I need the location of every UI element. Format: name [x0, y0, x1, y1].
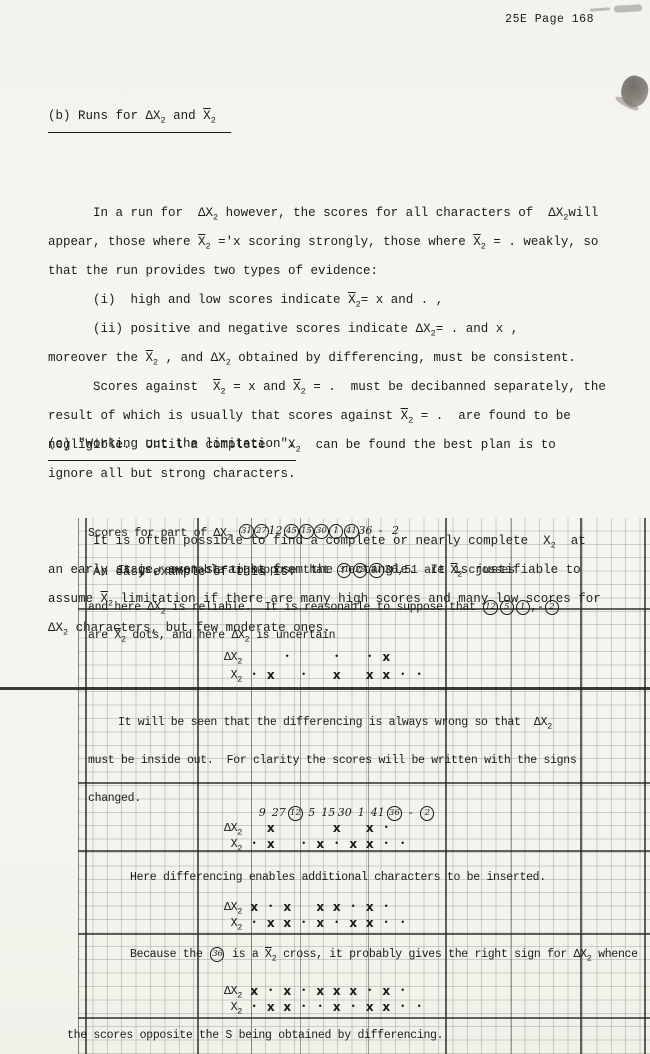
score-value: 27 — [253, 523, 268, 539]
dot-mark: • — [246, 668, 263, 683]
circled-score: 2 — [420, 806, 434, 821]
cross-mark: x — [362, 1000, 379, 1015]
score-value: 45 — [283, 523, 298, 539]
score-value: 36 — [358, 523, 373, 538]
pattern-row-label: ΔΧ2 — [198, 900, 242, 915]
score-value: 41 — [343, 523, 358, 539]
dot-mark: • — [296, 1000, 313, 1015]
chi-symbol: ΔΧ2 — [147, 601, 165, 614]
score-value: 31 — [238, 523, 253, 539]
chi-symbol: Χ2 — [146, 351, 159, 365]
dot-mark: • — [296, 837, 313, 852]
chi-symbol: ΔΧ2 — [416, 322, 436, 336]
chi-symbol: Χ2 — [114, 629, 125, 642]
score-value: 2 — [388, 523, 403, 538]
pattern-row: ΔΧ2x•xxx•x• — [0, 900, 650, 916]
circled-score: 27 — [254, 524, 269, 539]
score-value: - — [403, 805, 420, 820]
pattern-row: Χ2•x•xxx•• — [0, 668, 650, 684]
chi-symbol: Χ2 — [231, 669, 242, 682]
circled-score: 1 — [516, 600, 530, 615]
section-c-heading: (c) "Working out the limitation". — [48, 430, 601, 461]
cross-mark: x — [329, 668, 346, 683]
scan-smudge — [614, 4, 642, 12]
dot-mark: • — [395, 1000, 412, 1015]
cross-mark: x — [362, 668, 379, 683]
cross-mark: x — [279, 1000, 296, 1015]
pattern-cells: x•xxx•x• — [246, 900, 428, 915]
score-value: 12 — [287, 805, 304, 821]
cross-mark: x — [279, 916, 296, 931]
chi-symbol: Χ2 — [451, 564, 462, 577]
cross-mark: x — [263, 668, 280, 683]
dot-mark: • — [378, 900, 395, 915]
score-value: 27 — [271, 805, 288, 820]
pattern-row-label: ΔΧ2 — [198, 984, 242, 999]
dot-mark: • — [411, 1000, 428, 1015]
dot-mark: • — [263, 900, 280, 915]
worksheet-text-line: must be inside out. For clarity the scor… — [88, 754, 576, 768]
pattern-row-label: Χ2 — [198, 837, 242, 852]
pattern-row: Χ2•xx••x•xx•• — [0, 1000, 650, 1016]
dot-mark: • — [362, 984, 379, 999]
circled-score: 36 — [210, 947, 224, 962]
chi-symbol: Χ2 — [231, 838, 242, 851]
body-line: (ii) positive and negative scores indica… — [48, 315, 606, 344]
circled-score: 15 — [299, 524, 314, 539]
worksheet-text-line: It is reasonable to suppose that 3128413… — [118, 563, 515, 578]
ink-smudge — [616, 72, 650, 111]
grid-rule-vertical — [644, 518, 646, 1054]
cross-mark: x — [263, 821, 280, 836]
score-value: - — [373, 523, 388, 538]
dot-mark: • — [378, 821, 395, 836]
chi-symbol: ΔΧ2 — [224, 651, 242, 664]
dot-mark: • — [395, 668, 412, 683]
score-value: 12 — [268, 523, 283, 538]
pattern-row-label: Χ2 — [198, 668, 242, 683]
section-b-heading: (b) Runs for ΔΧ2 and Χ2 — [48, 102, 606, 133]
circled-score: 41 — [344, 524, 359, 539]
circled-score: 31 — [337, 563, 351, 578]
chi-symbol: ΔΧ2 — [211, 351, 231, 365]
graph-paper — [78, 518, 650, 1054]
dot-mark: • — [329, 916, 346, 931]
dot-mark: • — [312, 1000, 329, 1015]
grid-rule-vertical — [251, 518, 252, 1054]
grid-rule-vertical — [85, 518, 87, 1054]
grid-rule-vertical — [300, 518, 301, 1054]
dot-mark: • — [395, 916, 412, 931]
score-value: 15 — [298, 523, 313, 539]
circled-score: 2 — [545, 600, 559, 615]
chi-symbol: ΔΧ2 — [146, 109, 166, 123]
circled-score: 5 — [500, 600, 514, 615]
cross-mark: x — [279, 984, 296, 999]
dot-mark: • — [345, 900, 362, 915]
scanned-document-page: 25E Page 168 (b) Runs for ΔΧ2 and Χ2 In … — [0, 0, 650, 1054]
chi-symbol: ΔΧ2 — [548, 206, 568, 220]
circled-score: 41 — [369, 563, 383, 578]
grid-rule-horizontal-heavy — [0, 687, 650, 690]
cross-mark: x — [246, 984, 263, 999]
score-value: 15 — [320, 805, 337, 820]
pattern-cells: xxx• — [246, 821, 428, 836]
chi-symbol: ΔΧ2 — [213, 527, 231, 540]
circled-score: 45 — [284, 524, 299, 539]
cross-mark: x — [362, 837, 379, 852]
cross-mark: x — [378, 650, 395, 665]
worksheet-text-line: Because the 36 is a Χ2 cross, it probabl… — [130, 947, 638, 962]
cross-mark: x — [246, 900, 263, 915]
cross-mark: x — [312, 837, 329, 852]
chi-symbol: Χ2 — [348, 293, 361, 307]
dot-mark: • — [296, 916, 313, 931]
cross-mark: x — [362, 821, 379, 836]
pattern-cells: •xx•x•xx•• — [246, 916, 428, 931]
cross-mark: x — [378, 1000, 395, 1015]
dot-mark: • — [362, 650, 379, 665]
grid-rule-vertical — [197, 518, 199, 1054]
worksheet-text-line: the scores opposite the S being obtained… — [67, 1029, 443, 1043]
chi-symbol: Χ2 — [198, 235, 211, 249]
page-header: 25E Page 168 — [505, 13, 594, 26]
score-row: 31271245153014136-2 — [238, 523, 403, 539]
grid-rule-vertical — [580, 518, 582, 1054]
dot-mark: • — [279, 650, 296, 665]
pattern-row: ΔΧ2xxx• — [0, 821, 650, 837]
body-line: that the run provides two types of evide… — [48, 257, 606, 286]
pattern-row-label: ΔΧ2 — [198, 821, 242, 836]
cross-mark: x — [312, 984, 329, 999]
dot-mark: • — [378, 916, 395, 931]
worksheet-text-line: It will be seen that the differencing is… — [118, 716, 552, 730]
pattern-row-label: Χ2 — [198, 1000, 242, 1015]
chi-symbol: Χ2 — [231, 1001, 242, 1014]
worksheet-text-line: and here ΔΧ2 is reliable. It is reasonab… — [88, 600, 560, 615]
score-value: 1 — [353, 805, 370, 820]
score-value: 2 — [419, 805, 436, 821]
chi-symbol: ΔΧ2 — [534, 716, 552, 729]
cross-mark: x — [345, 837, 362, 852]
chi-symbol: ΔΧ2 — [198, 206, 218, 220]
dot-mark: • — [246, 916, 263, 931]
ink-smudge — [614, 94, 640, 112]
dot-mark: • — [345, 1000, 362, 1015]
score-value: 36 — [386, 805, 403, 821]
worksheet-text-line: Here differencing enables additional cha… — [130, 871, 546, 885]
worksheet-text-line: are Χ2 dots, and here ΔΧ2 is uncertain — [88, 629, 335, 643]
dot-mark: • — [395, 837, 412, 852]
body-line: appear, those where Χ2 ='x scoring stron… — [48, 228, 606, 257]
chi-symbol: Χ2 — [203, 109, 216, 123]
cross-mark: x — [263, 837, 280, 852]
dot-mark: • — [296, 668, 313, 683]
score-value: 5 — [304, 805, 321, 820]
pattern-cells: •x•x•xx•• — [246, 837, 428, 852]
dot-mark: • — [263, 984, 280, 999]
circled-score: 28 — [353, 563, 367, 578]
grid-rule-horizontal — [78, 1017, 650, 1019]
circled-score: 12 — [483, 600, 497, 615]
dot-mark: • — [329, 837, 346, 852]
scan-smudge — [590, 7, 610, 11]
dot-mark: • — [329, 650, 346, 665]
pattern-row: ΔΧ2x•x•xxx•x• — [0, 984, 650, 1000]
cross-mark: x — [279, 900, 296, 915]
cross-mark: x — [345, 984, 362, 999]
worksheet-text-line: changed. — [88, 792, 141, 806]
chi-symbol: ΔΧ2 — [224, 901, 242, 914]
grid-rule-vertical — [445, 518, 447, 1054]
pattern-row: ΔΧ2•••x — [0, 650, 650, 666]
score-value: 1 — [328, 523, 343, 539]
circled-score: 30 — [314, 524, 329, 539]
score-row: 927125153014136-2 — [254, 805, 436, 821]
grid-rule-vertical — [78, 518, 79, 1054]
worksheet-text-line: Scores for part of ΔΧ2 — [88, 527, 231, 541]
cross-mark: x — [362, 916, 379, 931]
score-value: 9 — [254, 805, 271, 820]
grid-rule-horizontal — [78, 933, 650, 935]
cross-mark: x — [378, 984, 395, 999]
chi-symbol: Χ2 — [265, 948, 276, 961]
pattern-cells: •••x — [246, 650, 428, 665]
pattern-row-label: ΔΧ2 — [198, 650, 242, 665]
cross-mark: x — [329, 1000, 346, 1015]
body-line: moreover the Χ2 , and ΔΧ2 obtained by di… — [48, 344, 606, 373]
cross-mark: x — [263, 1000, 280, 1015]
pattern-row-label: Χ2 — [198, 916, 242, 931]
circled-score: 31 — [239, 524, 254, 539]
cross-mark: x — [329, 821, 346, 836]
body-line: (i) high and low scores indicate Χ2= x a… — [48, 286, 606, 315]
chi-symbol: ΔΧ2 — [231, 629, 249, 642]
dot-mark: • — [246, 837, 263, 852]
chi-symbol: ΔΧ2 — [574, 948, 592, 961]
cross-mark: x — [329, 984, 346, 999]
cross-mark: x — [312, 916, 329, 931]
cross-mark: x — [362, 900, 379, 915]
dot-mark: • — [411, 668, 428, 683]
dot-mark: • — [246, 1000, 263, 1015]
circled-score: 36 — [387, 806, 402, 821]
cross-mark: x — [312, 900, 329, 915]
chi-symbol: ΔΧ2 — [224, 822, 242, 835]
grid-rule-vertical — [511, 518, 512, 1054]
dot-mark: • — [296, 984, 313, 999]
cross-mark: x — [378, 668, 395, 683]
circled-score: 1 — [329, 524, 343, 539]
cross-mark: x — [263, 916, 280, 931]
score-value: 41 — [370, 805, 387, 820]
body-line: In a run for ΔΧ2 however, the scores for… — [48, 199, 606, 228]
score-value: 30 — [337, 805, 354, 820]
pattern-row: Χ2•xx•x•xx•• — [0, 916, 650, 932]
grid-rule-vertical — [368, 518, 369, 1054]
cross-mark: x — [329, 900, 346, 915]
pattern-cells: •x•xxx•• — [246, 668, 428, 683]
pattern-row: Χ2•x•x•xx•• — [0, 837, 650, 853]
circled-score: 12 — [288, 806, 303, 821]
score-value: 30 — [313, 523, 328, 539]
grid-rule-horizontal — [78, 782, 650, 784]
dot-mark: • — [378, 837, 395, 852]
chi-symbol: ΔΧ2 — [224, 985, 242, 998]
dot-mark: • — [395, 984, 412, 999]
cross-mark: x — [345, 916, 362, 931]
pattern-cells: •xx••x•xx•• — [246, 1000, 428, 1015]
chi-symbol: Χ2 — [473, 235, 486, 249]
chi-symbol: Χ2 — [231, 917, 242, 930]
pattern-cells: x•x•xxx•x• — [246, 984, 428, 999]
